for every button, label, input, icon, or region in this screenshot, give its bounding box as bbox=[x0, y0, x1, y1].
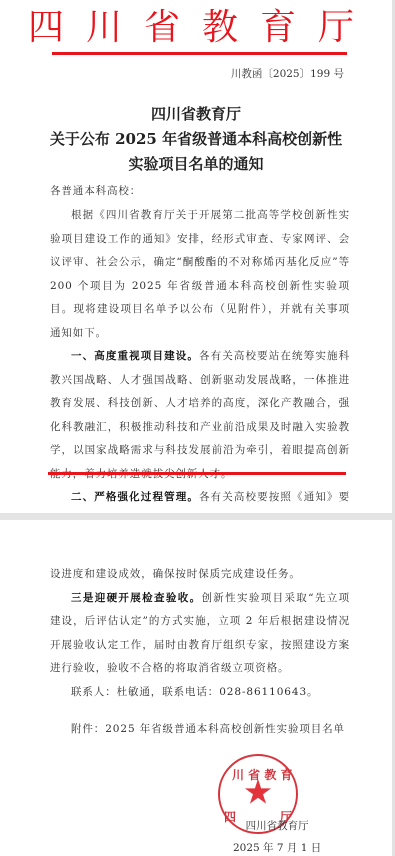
page2-body: 设进度和建设成效，确保按时保质完成建设任务。 三是迎硬开展检查验收。创新性实验项… bbox=[50, 563, 350, 752]
title-line-1: 四川省教育厅 bbox=[0, 102, 392, 127]
red-divider-bottom bbox=[48, 472, 346, 475]
letterhead-title: 四川省教育厅 bbox=[0, 8, 392, 48]
paragraph-section-3: 三是迎硬开展检查验收。创新性实验项目采取“先立项建设，后评估认定”的方式实施，立… bbox=[50, 587, 350, 681]
document-number: 川教函〔2025〕199 号 bbox=[231, 66, 344, 81]
document-page-1: 四川省教育厅 川教函〔2025〕199 号 四川省教育厅 关于公布 2025 年… bbox=[0, 0, 392, 513]
title-line-2: 关于公布 2025 年省级普通本科高校创新性 bbox=[0, 127, 392, 152]
contact-info: 联系人：杜敏通，联系电话：028-86110643。 bbox=[50, 681, 350, 705]
continuation-text: 设进度和建设成效，确保按时保质完成建设任务。 bbox=[50, 563, 350, 587]
signature-date: 2025 年 7 月 1 日 bbox=[233, 837, 321, 856]
paragraph-text: 各有关高校要站在统筹实施科教兴国战略、人才强国战略、创新驱动发展战略，一体推进教… bbox=[50, 350, 350, 480]
seal-star-icon: ★ bbox=[243, 775, 273, 809]
document-page-2: 设进度和建设成效，确保按时保质完成建设任务。 三是迎硬开展检查验收。创新性实验项… bbox=[0, 520, 392, 856]
paragraph-section-1: 一、高度重视项目建设。各有关高校要站在统筹实施科教兴国战略、人才强国战略、创新驱… bbox=[50, 345, 350, 486]
document-title: 四川省教育厅 关于公布 2025 年省级普通本科高校创新性 实验项目名单的通知 bbox=[0, 102, 392, 177]
paragraph-text: 根据《四川省教育厅关于开展第二批高等学校创新性实验项目建设工作的通知》安排，经形… bbox=[50, 209, 350, 339]
paragraph-section-2: 二、严格强化过程管理。各有关高校要按照《通知》要求，对标对表建设目标，加强创新性… bbox=[50, 486, 350, 513]
page-separator bbox=[0, 513, 395, 520]
attachment-note: 附件：2025 年省级普通本科高校创新性实验项目名单 bbox=[50, 718, 350, 742]
section-heading: 一、高度重视项目建设。 bbox=[71, 350, 199, 362]
section-heading: 二、严格强化过程管理。 bbox=[71, 491, 199, 503]
red-divider-top bbox=[52, 52, 347, 55]
page1-body: 根据《四川省教育厅关于开展第二批高等学校创新性实验项目建设工作的通知》安排，经形… bbox=[50, 204, 350, 513]
signature-org: 四川省教育厅 bbox=[233, 815, 321, 837]
signature-block: 四川省教育厅 2025 年 7 月 1 日 bbox=[233, 815, 321, 856]
paragraph-intro: 根据《四川省教育厅关于开展第二批高等学校创新性实验项目建设工作的通知》安排，经形… bbox=[50, 204, 350, 345]
section-heading: 三是迎硬开展检查验收。 bbox=[71, 592, 201, 604]
salutation: 各普通本科高校： bbox=[50, 180, 350, 204]
title-line-3: 实验项目名单的通知 bbox=[0, 152, 392, 177]
